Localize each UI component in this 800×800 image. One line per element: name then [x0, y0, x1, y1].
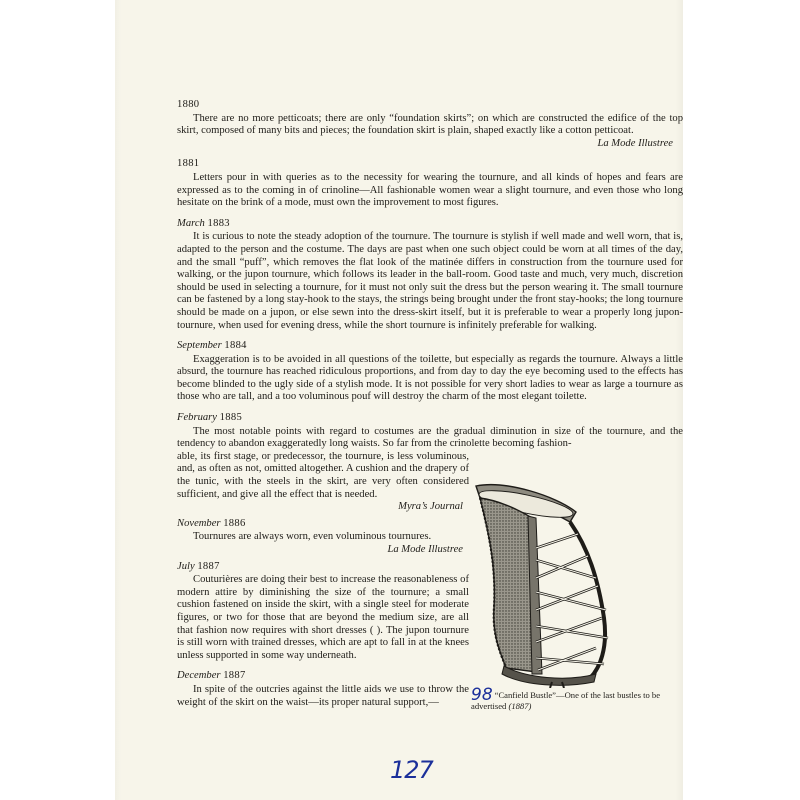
entry-date: March 1883 — [177, 218, 683, 231]
caption-year: (1887) — [508, 701, 531, 711]
bustle-engraving-icon — [466, 478, 678, 688]
narrow-column: able, its first stage, or predecessor, t… — [177, 451, 469, 514]
entry-text: Letters pour in with queries as to the n… — [177, 172, 683, 210]
caption-text: “Canfield Bustle”—One of the last bustle… — [471, 690, 660, 711]
entry-text: Couturières are doing their best to incr… — [177, 574, 469, 662]
entry-date: July 1887 — [177, 561, 469, 574]
entry-july-1887: July 1887 Couturières are doing their be… — [177, 561, 469, 663]
handwritten-page-number: 127 — [390, 756, 433, 784]
entry-text: In spite of the outcries against the lit… — [177, 684, 469, 709]
entry-text-continued: able, its first stage, or predecessor, t… — [177, 451, 469, 501]
entry-september-1884: September 1884 Exaggeration is to be avo… — [177, 340, 683, 404]
narrow-column-lower: November 1886 Tournures are always worn,… — [177, 518, 469, 709]
entry-source: Myra’s Journal — [177, 501, 469, 514]
entry-date: November 1886 — [177, 518, 469, 531]
entry-text: The most notable points with regard to c… — [177, 426, 683, 451]
entry-date: February 1885 — [177, 412, 683, 425]
entry-date: 1880 — [177, 99, 683, 112]
entry-text: It is curious to note the steady adoptio… — [177, 231, 683, 332]
entry-date: September 1884 — [177, 340, 683, 353]
entry-text: Exaggeration is to be avoided in all que… — [177, 354, 683, 404]
entry-text: There are no more petticoats; there are … — [177, 113, 683, 138]
figure-caption: 98“Canfield Bustle”—One of the last bust… — [471, 690, 671, 712]
entry-december-1887: December 1887 In spite of the outcries a… — [177, 670, 469, 709]
entry-text: Tournures are always worn, even volumino… — [177, 531, 469, 544]
entry-source: La Mode Illustree — [177, 544, 469, 557]
entry-date: 1881 — [177, 158, 683, 171]
entry-1881: 1881 Letters pour in with queries as to … — [177, 158, 683, 209]
entry-march-1883: March 1883 It is curious to note the ste… — [177, 218, 683, 332]
entry-source: La Mode Illustree — [177, 138, 683, 151]
entry-november-1886: November 1886 Tournures are always worn,… — [177, 518, 469, 557]
entry-1880: 1880 There are no more petticoats; there… — [177, 99, 683, 150]
entry-date: December 1887 — [177, 670, 469, 683]
